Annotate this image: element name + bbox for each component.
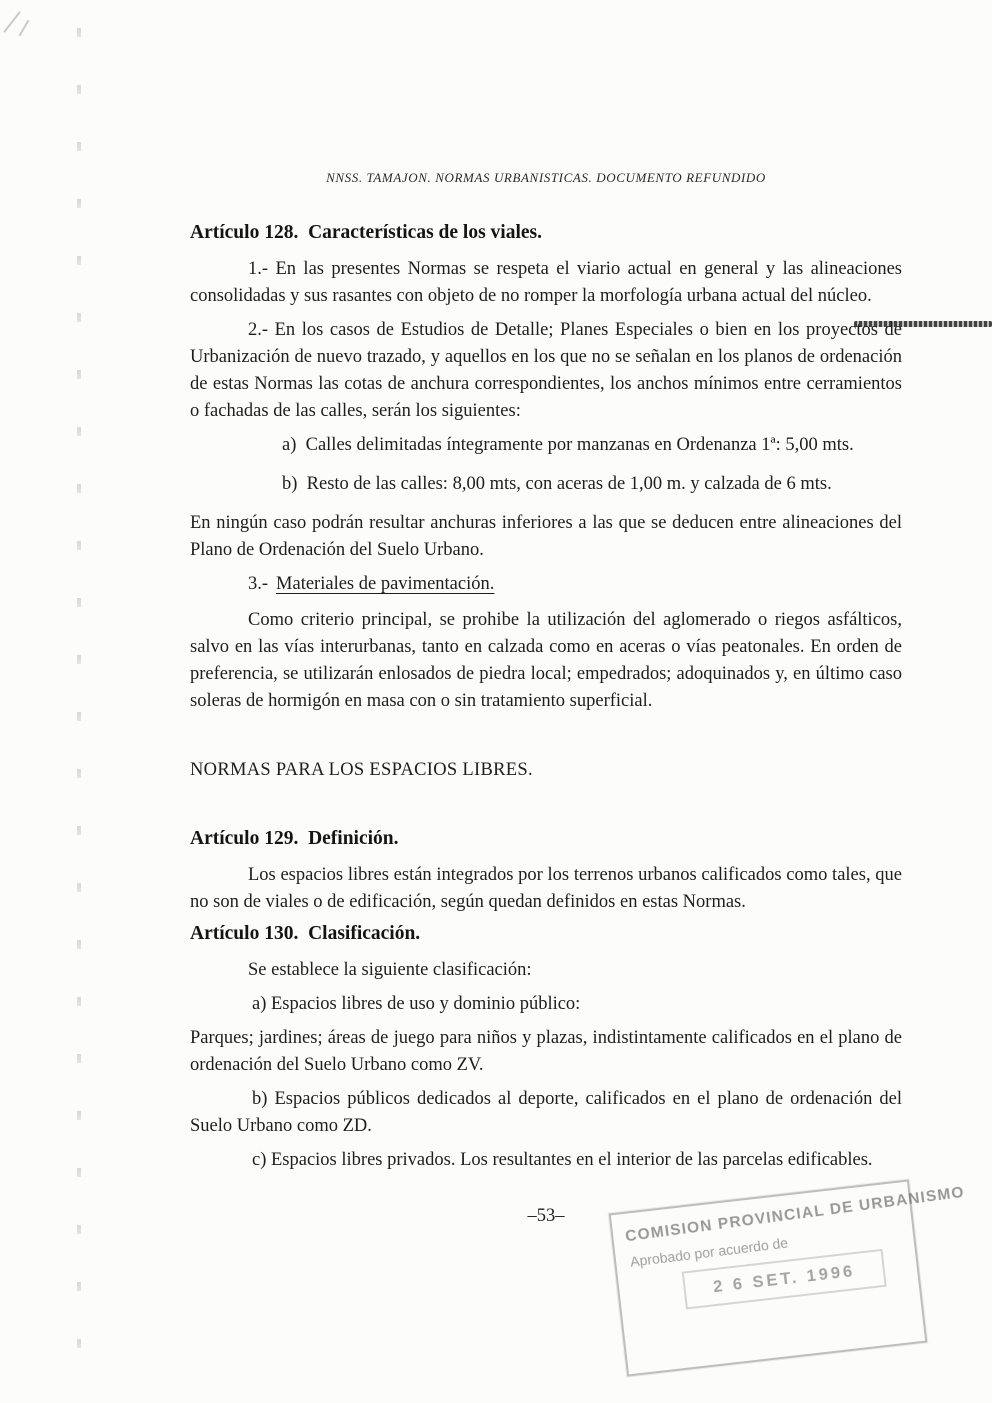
article-128-item-a: a) Calles delimitadas íntegramente por m…	[282, 432, 902, 459]
article-128-title: Artículo 128. Características de los via…	[190, 222, 902, 244]
scan-artifact-left-margin-marks	[77, 28, 81, 1373]
document-content: NNSS. TAMAJON. NORMAS URBANISTICAS. DOCU…	[190, 170, 902, 1227]
article-130-item-c: c) Espacios libres privados. Los resulta…	[190, 1147, 902, 1174]
article-128-materials-heading: 3.-Materiales de pavimentación.	[190, 571, 902, 598]
article-130-item-a: a) Espacios libres de uso y dominio públ…	[190, 991, 902, 1018]
section-heading-espacios-libres: NORMAS PARA LOS ESPACIOS LIBRES.	[190, 757, 902, 784]
materials-heading-underlined-title: Materiales de pavimentación.	[276, 574, 494, 594]
approval-stamp: COMISION PROVINCIAL DE URBANISMO Aprobad…	[609, 1179, 928, 1376]
materials-heading-number: 3.-	[248, 574, 276, 594]
article-130-paragraph-2: Parques; jardines; áreas de juego para n…	[190, 1025, 902, 1079]
article-129-paragraph-1: Los espacios libres están integrados por…	[190, 862, 902, 916]
article-128-paragraph-3: En ningún caso podrán resultar anchuras …	[190, 510, 902, 564]
article-130-paragraph-1: Se establece la siguiente clasificación:	[190, 957, 902, 984]
article-129-title: Artículo 129. Definición.	[190, 828, 902, 850]
scan-artifact-corner-scribble	[3, 5, 49, 55]
article-130-item-b: b) Espacios públicos dedicados al deport…	[190, 1086, 902, 1140]
scanned-document-page: NNSS. TAMAJON. NORMAS URBANISTICAS. DOCU…	[0, 0, 992, 1403]
running-header: NNSS. TAMAJON. NORMAS URBANISTICAS. DOCU…	[190, 170, 902, 186]
article-128-paragraph-5: Como criterio principal, se prohibe la u…	[190, 607, 902, 715]
article-130-title: Artículo 130. Clasificación.	[190, 923, 902, 945]
stamp-date: 2 6 SET. 1996	[712, 1262, 856, 1296]
article-128-paragraph-1: 1.- En las presentes Normas se respeta e…	[190, 256, 902, 310]
article-128-item-b: b) Resto de las calles: 8,00 mts, con ac…	[282, 471, 902, 498]
article-128-paragraph-2: 2.- En los casos de Estudios de Detalle;…	[190, 317, 902, 425]
